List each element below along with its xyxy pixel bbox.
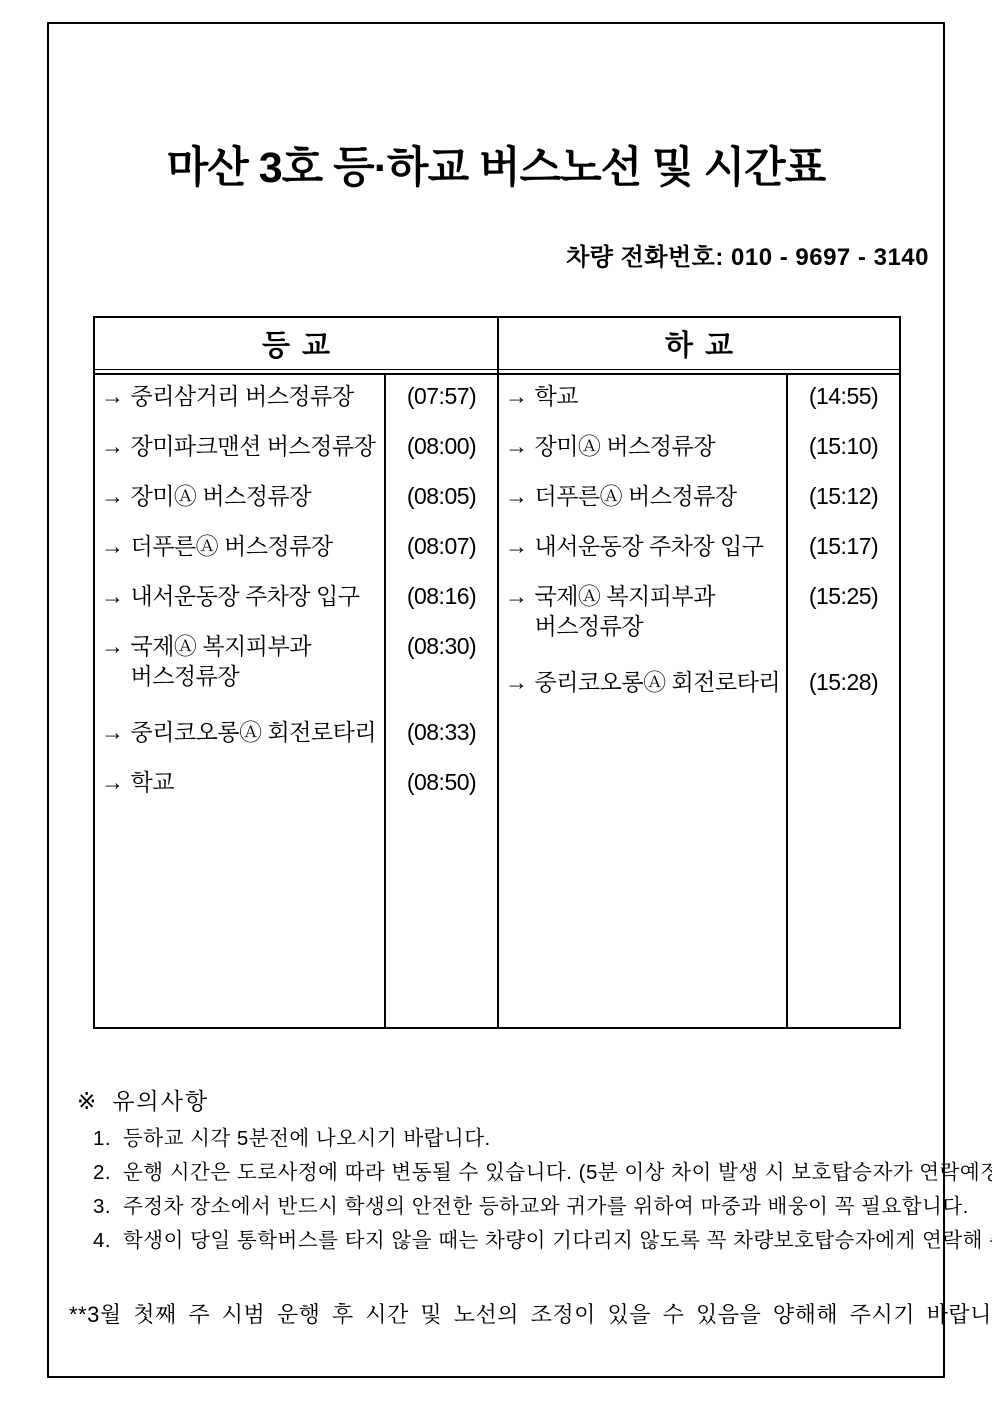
stop-name: 중리삼거리 버스정류장 <box>131 381 354 411</box>
note-item: 4.학생이 당일 통학버스를 타지 않을 때는 차량이 기다리지 않도록 꼭 차… <box>93 1229 943 1252</box>
stop-name: 중리코오롱Ⓐ 회전로타리 <box>131 717 377 747</box>
notes-heading-label: 유의사항 <box>112 1083 209 1116</box>
arrow-icon: → <box>505 581 528 611</box>
note-number: 3. <box>93 1195 123 1218</box>
table-row: →장미파크맨션 버스정류장(08:00) <box>95 427 497 477</box>
note-number: 1. <box>93 1127 123 1150</box>
stop-time: (15:17) <box>788 531 899 561</box>
stop-time: (15:12) <box>788 481 899 511</box>
table-row: →중리삼거리 버스정류장(07:57) <box>95 377 497 427</box>
notes-section: ※ 유의사항 1.등하교 시각 5분전에 나오시기 바랍니다.2.운행 시간은 … <box>77 1083 943 1252</box>
arrow-icon: → <box>101 531 124 561</box>
table-row: →중리코오롱Ⓐ 회전로타리(15:28) <box>499 663 899 713</box>
stop-name: 내서운동장 주차장 입구 <box>535 531 764 561</box>
note-number: 2. <box>93 1161 123 1184</box>
stop-name: 장미Ⓐ 버스정류장 <box>131 481 311 511</box>
time-column-divider <box>384 375 386 1027</box>
reference-mark-icon: ※ <box>77 1088 98 1115</box>
stop-name: 국제Ⓐ 복지피부과버스정류장 <box>131 631 311 691</box>
stop-cell: →중리삼거리 버스정류장 <box>95 381 386 411</box>
note-item: 3.주정차 장소에서 반드시 학생의 안전한 등하교와 귀가를 위하여 마중과 … <box>93 1195 943 1218</box>
table-row: →국제Ⓐ 복지피부과버스정류장(08:30) <box>95 627 497 713</box>
note-item: 2.운행 시간은 도로사정에 따라 변동될 수 있습니다. (5분 이상 차이 … <box>93 1161 943 1184</box>
stop-time: (08:07) <box>386 531 497 561</box>
table-row: →국제Ⓐ 복지피부과버스정류장(15:25) <box>499 577 899 663</box>
stop-time: (08:16) <box>386 581 497 611</box>
stop-time: (15:28) <box>788 667 899 697</box>
arrow-icon: → <box>101 431 124 461</box>
notes-heading: ※ 유의사항 <box>77 1083 943 1116</box>
notes-list: 1.등하교 시각 5분전에 나오시기 바랍니다.2.운행 시간은 도로사정에 따… <box>93 1127 943 1252</box>
stop-cell: →더푸른Ⓐ 버스정류장 <box>499 481 788 511</box>
stop-time: (08:50) <box>386 767 497 797</box>
arrow-icon: → <box>101 481 124 511</box>
stop-time: (15:10) <box>788 431 899 461</box>
time-column-divider <box>786 375 788 1027</box>
column-header-label: 하교 <box>665 323 745 364</box>
stop-time: (08:30) <box>386 631 497 661</box>
timetable-column-to-school: 등교 →중리삼거리 버스정류장(07:57)→장미파크맨션 버스정류장(08:0… <box>95 318 497 1027</box>
stop-cell: →내서운동장 주차장 입구 <box>499 531 788 561</box>
stop-time: (08:05) <box>386 481 497 511</box>
stop-cell: →학교 <box>499 381 788 411</box>
table-row: →장미Ⓐ 버스정류장(15:10) <box>499 427 899 477</box>
stop-cell: →중리코오롱Ⓐ 회전로타리 <box>95 717 386 747</box>
table-row: →학교(14:55) <box>499 377 899 427</box>
arrow-icon: → <box>101 581 124 611</box>
stop-name: 학교 <box>131 767 174 797</box>
note-text: 주정차 장소에서 반드시 학생의 안전한 등하교와 귀가를 위하여 마중과 배웅… <box>123 1195 969 1218</box>
arrow-icon: → <box>505 531 528 561</box>
stop-cell: →장미파크맨션 버스정류장 <box>95 431 386 461</box>
table-row: →더푸른Ⓐ 버스정류장(08:07) <box>95 527 497 577</box>
stop-cell: →학교 <box>95 767 386 797</box>
bus-timetable: 등교 →중리삼거리 버스정류장(07:57)→장미파크맨션 버스정류장(08:0… <box>93 316 901 1029</box>
stop-cell: →내서운동장 주차장 입구 <box>95 581 386 611</box>
note-text: 학생이 당일 통학버스를 타지 않을 때는 차량이 기다리지 않도록 꼭 차량보… <box>123 1229 992 1252</box>
table-row: →내서운동장 주차장 입구(15:17) <box>499 527 899 577</box>
stop-name: 장미Ⓐ 버스정류장 <box>535 431 715 461</box>
note-text: 운행 시간은 도로사정에 따라 변동될 수 있습니다. (5분 이상 차이 발생… <box>123 1161 992 1184</box>
stop-cell: →중리코오롱Ⓐ 회전로타리 <box>499 667 788 697</box>
arrow-icon: → <box>505 481 528 511</box>
arrow-icon: → <box>101 631 124 661</box>
arrow-icon: → <box>505 431 528 461</box>
stop-cell: →장미Ⓐ 버스정류장 <box>499 431 788 461</box>
arrow-icon: → <box>505 667 528 697</box>
stop-time: (14:55) <box>788 381 899 411</box>
trial-run-footnote: **3월 첫째 주 시범 운행 후 시간 및 노선의 조정이 있을 수 있음을 … <box>69 1298 943 1329</box>
timetable-column-from-school: 하교 →학교(14:55)→장미Ⓐ 버스정류장(15:10)→더푸른Ⓐ 버스정류… <box>497 318 899 1027</box>
table-row: →내서운동장 주차장 입구(08:16) <box>95 577 497 627</box>
table-row: →학교(08:50) <box>95 763 497 813</box>
note-text: 등하교 시각 5분전에 나오시기 바랍니다. <box>123 1127 491 1150</box>
table-row: →중리코오롱Ⓐ 회전로타리(08:33) <box>95 713 497 763</box>
stop-name: 장미파크맨션 버스정류장 <box>131 431 376 461</box>
stop-name: 더푸른Ⓐ 버스정류장 <box>131 531 333 561</box>
vehicle-phone-number: 차량 전화번호: 010 - 9697 - 3140 <box>49 237 943 272</box>
column-header-to-school: 등교 <box>95 318 497 370</box>
stop-name: 중리코오롱Ⓐ 회전로타리 <box>535 667 781 697</box>
stop-name: 국제Ⓐ 복지피부과버스정류장 <box>535 581 715 641</box>
document-title: 마산 3호 등·하교 버스노선 및 시간표 <box>49 134 943 195</box>
stop-cell: →국제Ⓐ 복지피부과버스정류장 <box>95 631 386 691</box>
arrow-icon: → <box>101 381 124 411</box>
stop-time: (07:57) <box>386 381 497 411</box>
stop-time: (15:25) <box>788 581 899 611</box>
stop-name: 내서운동장 주차장 입구 <box>131 581 360 611</box>
column-header-label: 등교 <box>262 323 342 364</box>
stop-list-from-school: →학교(14:55)→장미Ⓐ 버스정류장(15:10)→더푸른Ⓐ 버스정류장(1… <box>499 375 899 1027</box>
stop-name: 더푸른Ⓐ 버스정류장 <box>535 481 737 511</box>
page-frame: 마산 3호 등·하교 버스노선 및 시간표 차량 전화번호: 010 - 969… <box>47 22 945 1378</box>
note-number: 4. <box>93 1229 123 1252</box>
column-header-from-school: 하교 <box>499 318 899 370</box>
stop-time: (08:00) <box>386 431 497 461</box>
stop-cell: →더푸른Ⓐ 버스정류장 <box>95 531 386 561</box>
stop-list-to-school: →중리삼거리 버스정류장(07:57)→장미파크맨션 버스정류장(08:00)→… <box>95 375 497 1027</box>
table-row: →더푸른Ⓐ 버스정류장(15:12) <box>499 477 899 527</box>
arrow-icon: → <box>101 717 124 747</box>
stop-cell: →국제Ⓐ 복지피부과버스정류장 <box>499 581 788 641</box>
arrow-icon: → <box>101 767 124 797</box>
note-item: 1.등하교 시각 5분전에 나오시기 바랍니다. <box>93 1127 943 1150</box>
stop-cell: →장미Ⓐ 버스정류장 <box>95 481 386 511</box>
arrow-icon: → <box>505 381 528 411</box>
stop-name: 학교 <box>535 381 578 411</box>
document-canvas: 마산 3호 등·하교 버스노선 및 시간표 차량 전화번호: 010 - 969… <box>0 0 992 1403</box>
table-row: →장미Ⓐ 버스정류장(08:05) <box>95 477 497 527</box>
stop-time: (08:33) <box>386 717 497 747</box>
